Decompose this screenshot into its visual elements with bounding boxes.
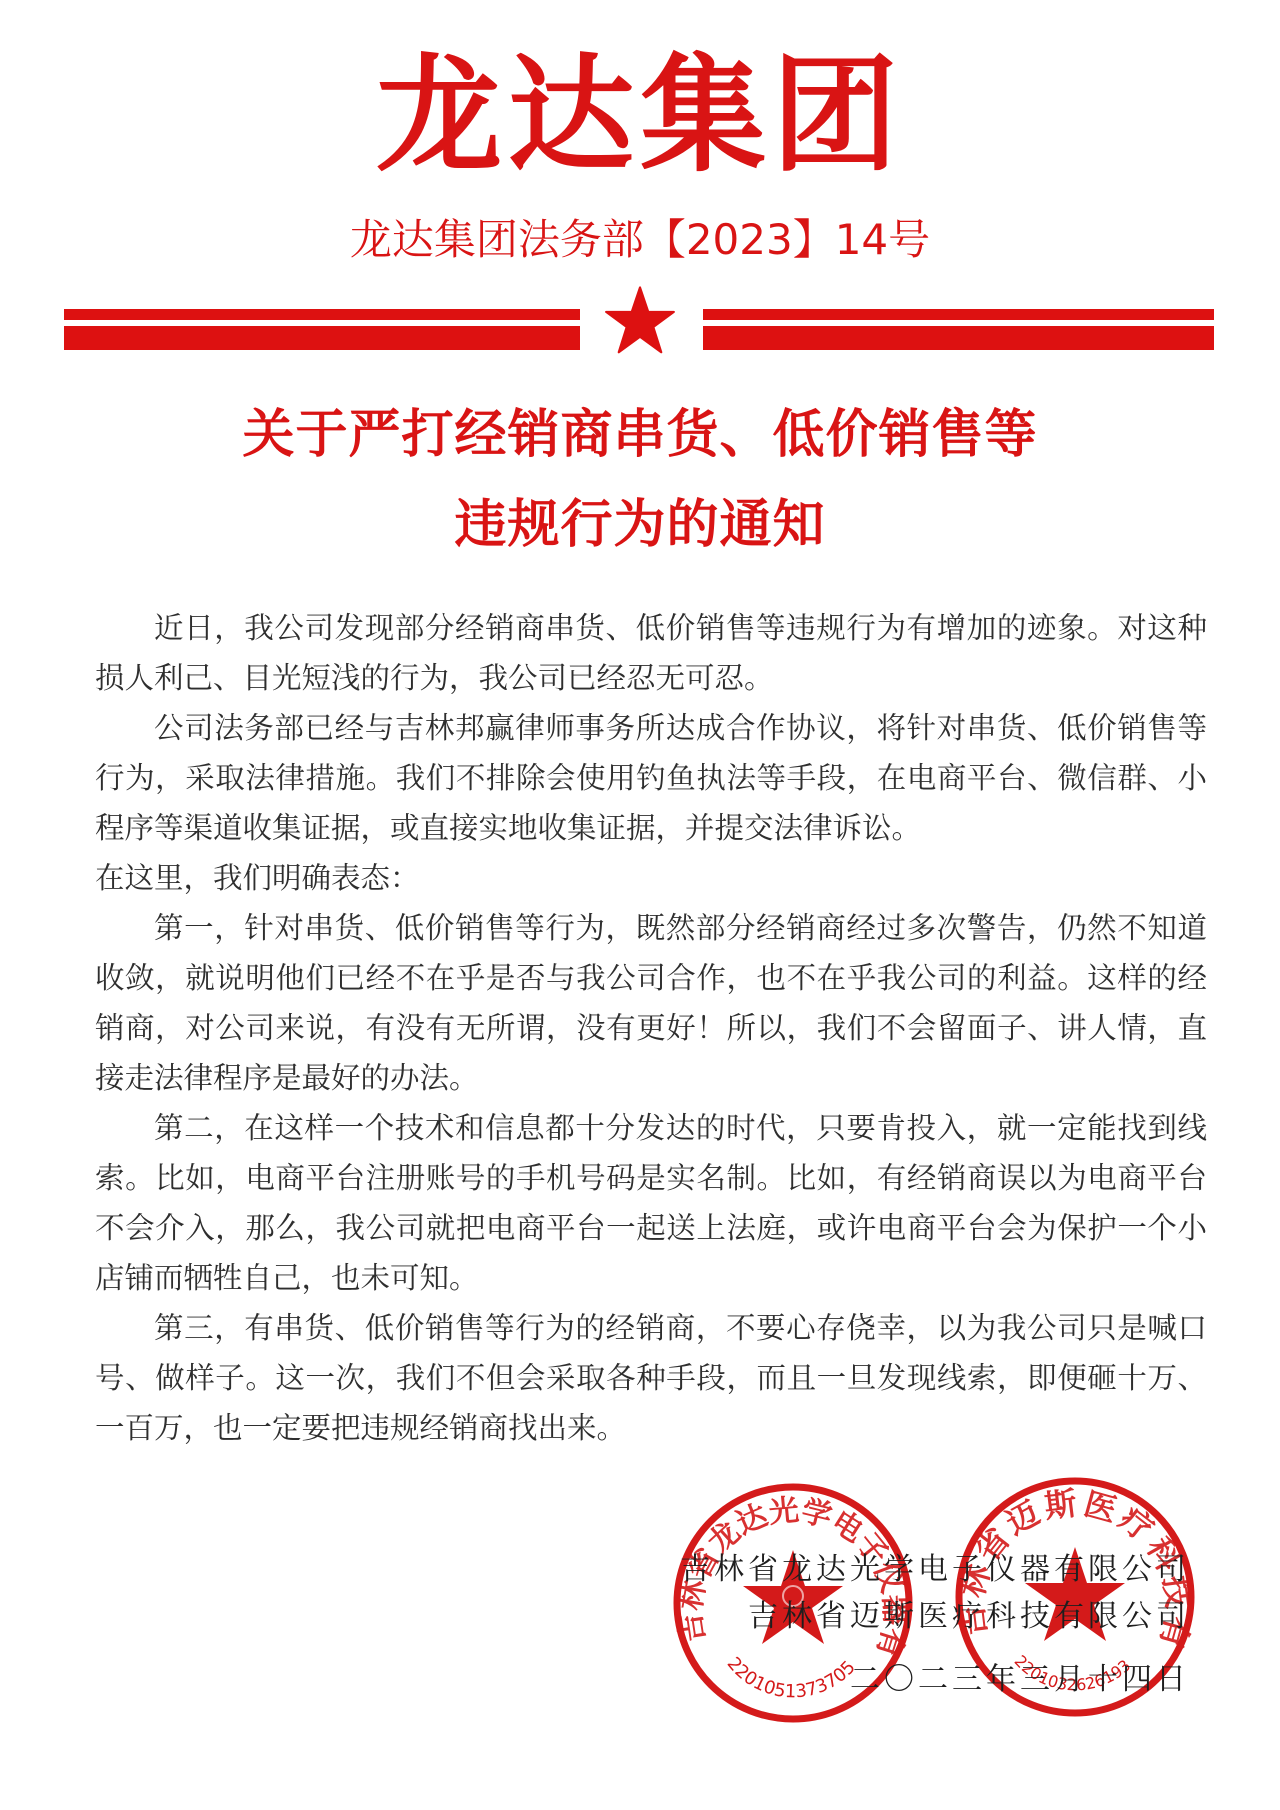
body-paragraph: 第一，针对串货、低价销售等行为，既然部分经销商经过多次警告，仍然不知道收敛，就说… (95, 903, 1207, 1103)
signatory-company-1: 吉林省龙达光学电子仪器有限公司 (680, 1545, 1190, 1595)
body-paragraph: 近日，我公司发现部分经销商串货、低价销售等违规行为有增加的迹象。对这种损人利己、… (95, 603, 1207, 703)
body-paragraph: 第二，在这样一个技术和信息都十分发达的时代，只要肯投入，就一定能找到线索。比如，… (95, 1103, 1207, 1303)
document-number: 龙达集团法务部【2023】14号 (0, 210, 1280, 270)
star-icon (604, 286, 676, 358)
notice-body: 近日，我公司发现部分经销商串货、低价销售等违规行为有增加的迹象。对这种损人利己、… (95, 603, 1207, 1453)
divider-bar-left-bottom (64, 326, 580, 350)
seal-code: 2201051373705 (723, 1653, 860, 1702)
divider-bar-right-top (703, 309, 1214, 320)
notice-title-line1: 关于严打经销商串货、低价销售等 (0, 400, 1280, 470)
body-paragraph: 在这里，我们明确表态： (95, 853, 1207, 903)
brand-title: 龙达集团 (0, 40, 1280, 190)
notice-document: 龙达集团 龙达集团法务部【2023】14号 关于严打经销商串货、低价销售等 违规… (0, 0, 1280, 1810)
body-paragraph: 第三，有串货、低价销售等行为的经销商，不要心存侥幸，以为我公司只是喊口号、做样子… (95, 1303, 1207, 1453)
divider-bar-left-top (64, 309, 580, 320)
body-paragraph: 公司法务部已经与吉林邦赢律师事务所达成合作协议，将针对串货、低价销售等行为，采取… (95, 703, 1207, 853)
signature-date: 二〇二三年三月十四日 (850, 1655, 1190, 1705)
svg-text:2201051373705: 2201051373705 (723, 1653, 860, 1702)
divider-bar-right-bottom (703, 326, 1214, 350)
notice-title-line2: 违规行为的通知 (0, 490, 1280, 560)
signatory-company-2: 吉林省迈斯医疗科技有限公司 (748, 1592, 1190, 1642)
